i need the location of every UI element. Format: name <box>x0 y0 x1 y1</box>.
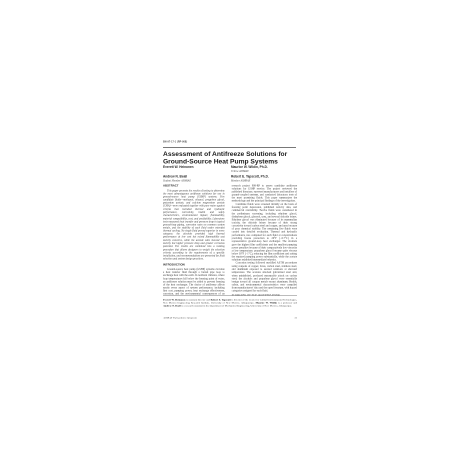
introduction-heading: INTRODUCTION <box>163 263 225 266</box>
author-name: Andrew N. Beall <box>163 175 231 178</box>
left-column: ABSTRACT This paper presents the results… <box>163 184 225 295</box>
author-name: Maurice W. Wildin, Ph.D. <box>231 166 299 169</box>
body-paragraph: Corrosion testing followed modified ASTM… <box>232 261 297 292</box>
abstract-heading: ABSTRACT <box>163 184 225 187</box>
footnote-text: is a research assistant in the Departmen… <box>181 304 292 307</box>
scanned-paper-page: BN-97-17-1 (RP-908) Assessment of Antifr… <box>0 0 458 458</box>
footer-journal-label: ASHRAE Transactions: Symposia <box>163 316 197 319</box>
author-affiliation: Member ASHRAE <box>231 179 299 182</box>
author-name: Robert E. Tapscott, Ph.D. <box>231 175 299 178</box>
introduction-paragraph: Ground-source heat pump (GSHP) systems c… <box>163 268 225 296</box>
author-heinonen: Everett W. Heinonen <box>163 166 231 173</box>
abstract-paragraph: This paper presents the results of testi… <box>163 189 225 260</box>
body-paragraph: Candidate fluids were screened initially… <box>232 203 297 262</box>
body-paragraph: research project 908-RP to assess candid… <box>232 184 297 203</box>
author-wildin: Maurice W. Wildin, Ph.D. Fellow ASHRAE <box>231 166 299 173</box>
author-beall: Andrew N. Beall Student Member ASHRAE <box>163 175 231 182</box>
author-affiliation: Student Member ASHRAE <box>163 179 231 182</box>
footnote-author-name: Andrew N. Beall <box>163 304 181 307</box>
author-name: Everett W. Heinonen <box>163 166 231 169</box>
right-column: research project 908-RP to assess candid… <box>232 184 297 295</box>
footer-page-number: 31 <box>295 316 298 319</box>
paper-title-line-1: Assessment of Antifreeze Solutions for <box>163 150 297 158</box>
paper-content-area: BN-97-17-1 (RP-908) Assessment of Antifr… <box>163 140 297 326</box>
author-tapscott: Robert E. Tapscott, Ph.D. Member ASHRAE <box>231 175 299 182</box>
author-row-2: Andrew N. Beall Student Member ASHRAE Ro… <box>163 175 297 182</box>
paper-title: Assessment of Antifreeze Solutions for G… <box>163 150 297 165</box>
author-footnote: Everett W. Heinonen is assistant directo… <box>163 298 297 307</box>
paper-code: BN-97-17-1 (RP-908) <box>163 141 187 143</box>
body-columns: ABSTRACT This paper presents the results… <box>163 184 297 295</box>
author-affiliation: Fellow ASHRAE <box>231 170 299 173</box>
author-row-1: Everett W. Heinonen Maurice W. Wildin, P… <box>163 166 297 173</box>
page-footer: ASHRAE Transactions: Symposia 31 <box>163 316 297 319</box>
header-rule <box>163 147 296 148</box>
